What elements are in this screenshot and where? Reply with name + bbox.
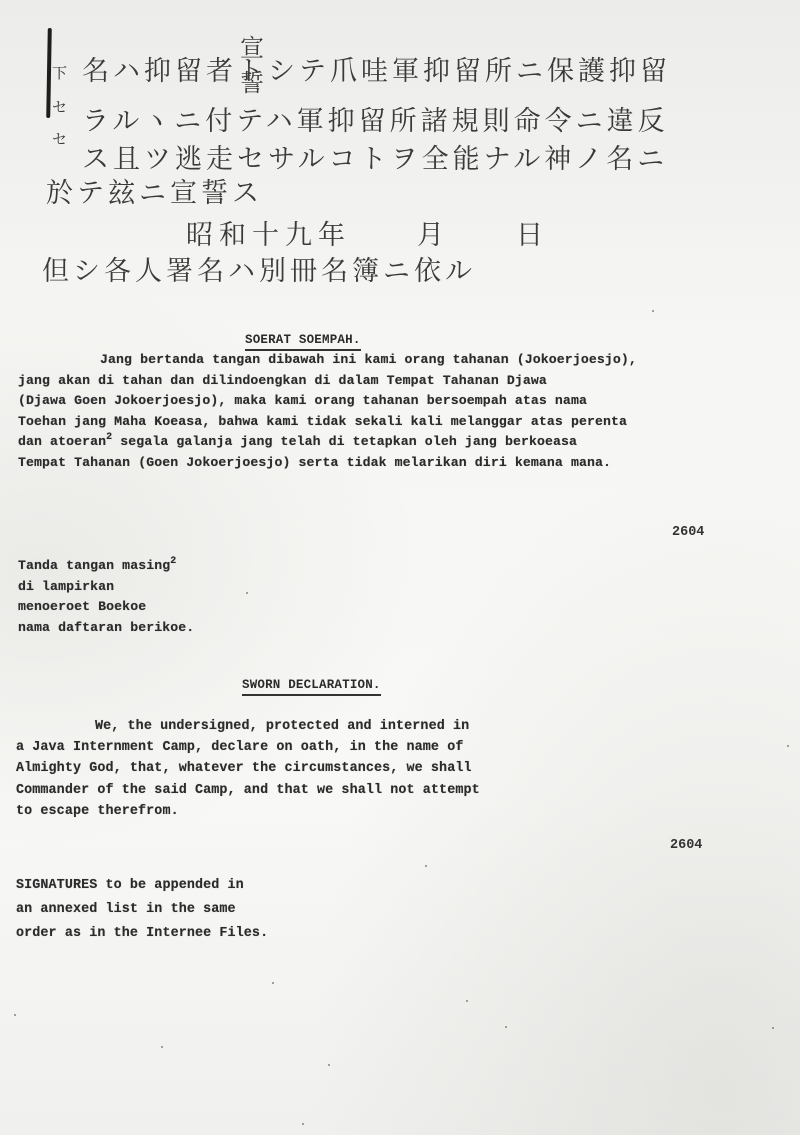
speck [328, 1064, 330, 1066]
english-line-1: We, the undersigned, protected and inter… [16, 719, 480, 740]
speck [787, 745, 789, 747]
malay-sig-line-1: Tanda tangan masing2 [18, 558, 194, 579]
malay-line-6: Tempat Tahanan (Goen Jokoerjoesjo) serta… [18, 455, 637, 476]
japanese-line-2: ラルヽニ付テハ軍抑留所諸規則命令ニ違反 [82, 108, 669, 135]
english-document-number: 2604 [670, 838, 702, 853]
malay-line-2: jang akan di tahan dan dilindoengkan di … [18, 373, 637, 394]
japanese-note-line: 但シ各人署名ハ別冊名簿ニ依ル [42, 258, 476, 285]
speck [246, 592, 248, 594]
malay-line-3: (Djawa Goen Jokoerjoesjo), maka kami ora… [18, 393, 637, 414]
speck [772, 1027, 774, 1029]
speck [272, 982, 274, 984]
japanese-line-1: 名ハ抑留者トシテ爪哇軍抑留所ニ保護抑留 [82, 58, 671, 85]
malay-heading: SOERAT SOEMPAH. [245, 333, 361, 351]
malay-sig-line-2: di lampirkan [18, 579, 194, 600]
malay-line-5: dan atoeran2 segala galanja jang telah d… [18, 434, 637, 455]
ditto-superscript: 2 [170, 556, 176, 567]
english-line-5: to escape therefrom. [16, 804, 480, 825]
malay-line-5-end: segala galanja jang telah di tetapkan ol… [112, 434, 577, 449]
malay-sig-line-4: nama daftaran berikoe. [18, 620, 194, 641]
speck [161, 1046, 163, 1048]
margin-mark-2: セ [52, 96, 67, 117]
speck [14, 1014, 16, 1016]
japanese-line-4: 於テ玆ニ宣誓ス [46, 180, 263, 207]
malay-paragraph: Jang bertanda tangan dibawah ini kami or… [18, 352, 637, 476]
malay-line-1: Jang bertanda tangan dibawah ini kami or… [18, 352, 637, 373]
english-line-2: a Java Internment Camp, declare on oath,… [16, 740, 480, 761]
english-line-4: Commander of the said Camp, and that we … [16, 783, 480, 804]
english-sig-line-1: SIGNATURES to be appended in [16, 878, 268, 902]
speck [425, 865, 427, 867]
japanese-date-line: 昭和十九年 月 日 [186, 222, 549, 249]
malay-signature-note: Tanda tangan masing2 di lampirkan menoer… [18, 558, 194, 640]
english-heading: SWORN DECLARATION. [242, 678, 381, 696]
margin-mark-3: セ [52, 128, 67, 149]
speck [652, 310, 654, 312]
english-line-3: Almighty God, that, whatever the circums… [16, 761, 480, 782]
english-signature-note: SIGNATURES to be appended in an annexed … [16, 878, 268, 950]
japanese-line-3: ス且ツ逃走セサルコトヲ全能ナル神ノ名ニ [82, 146, 668, 173]
scanned-document-page: 宣 誓 下 セ セ 名ハ抑留者トシテ爪哇軍抑留所ニ保護抑留 ラルヽニ付テハ軍抑留… [0, 0, 800, 1135]
english-sig-line-2: an annexed list in the same [16, 902, 268, 926]
malay-line-5-start: dan atoeran [18, 434, 106, 449]
malay-document-number: 2604 [672, 525, 704, 540]
speck [302, 1123, 304, 1125]
malay-sig-line-1-text: Tanda tangan masing [18, 558, 170, 573]
english-sig-line-3: order as in the Internee Files. [16, 926, 268, 950]
speck [466, 1000, 468, 1002]
english-paragraph: We, the undersigned, protected and inter… [16, 719, 480, 825]
speck [505, 1026, 507, 1028]
margin-mark-1: 下 [52, 62, 67, 83]
malay-sig-line-3: menoeroet Boekoe [18, 599, 194, 620]
margin-bracket-mark [46, 28, 52, 118]
